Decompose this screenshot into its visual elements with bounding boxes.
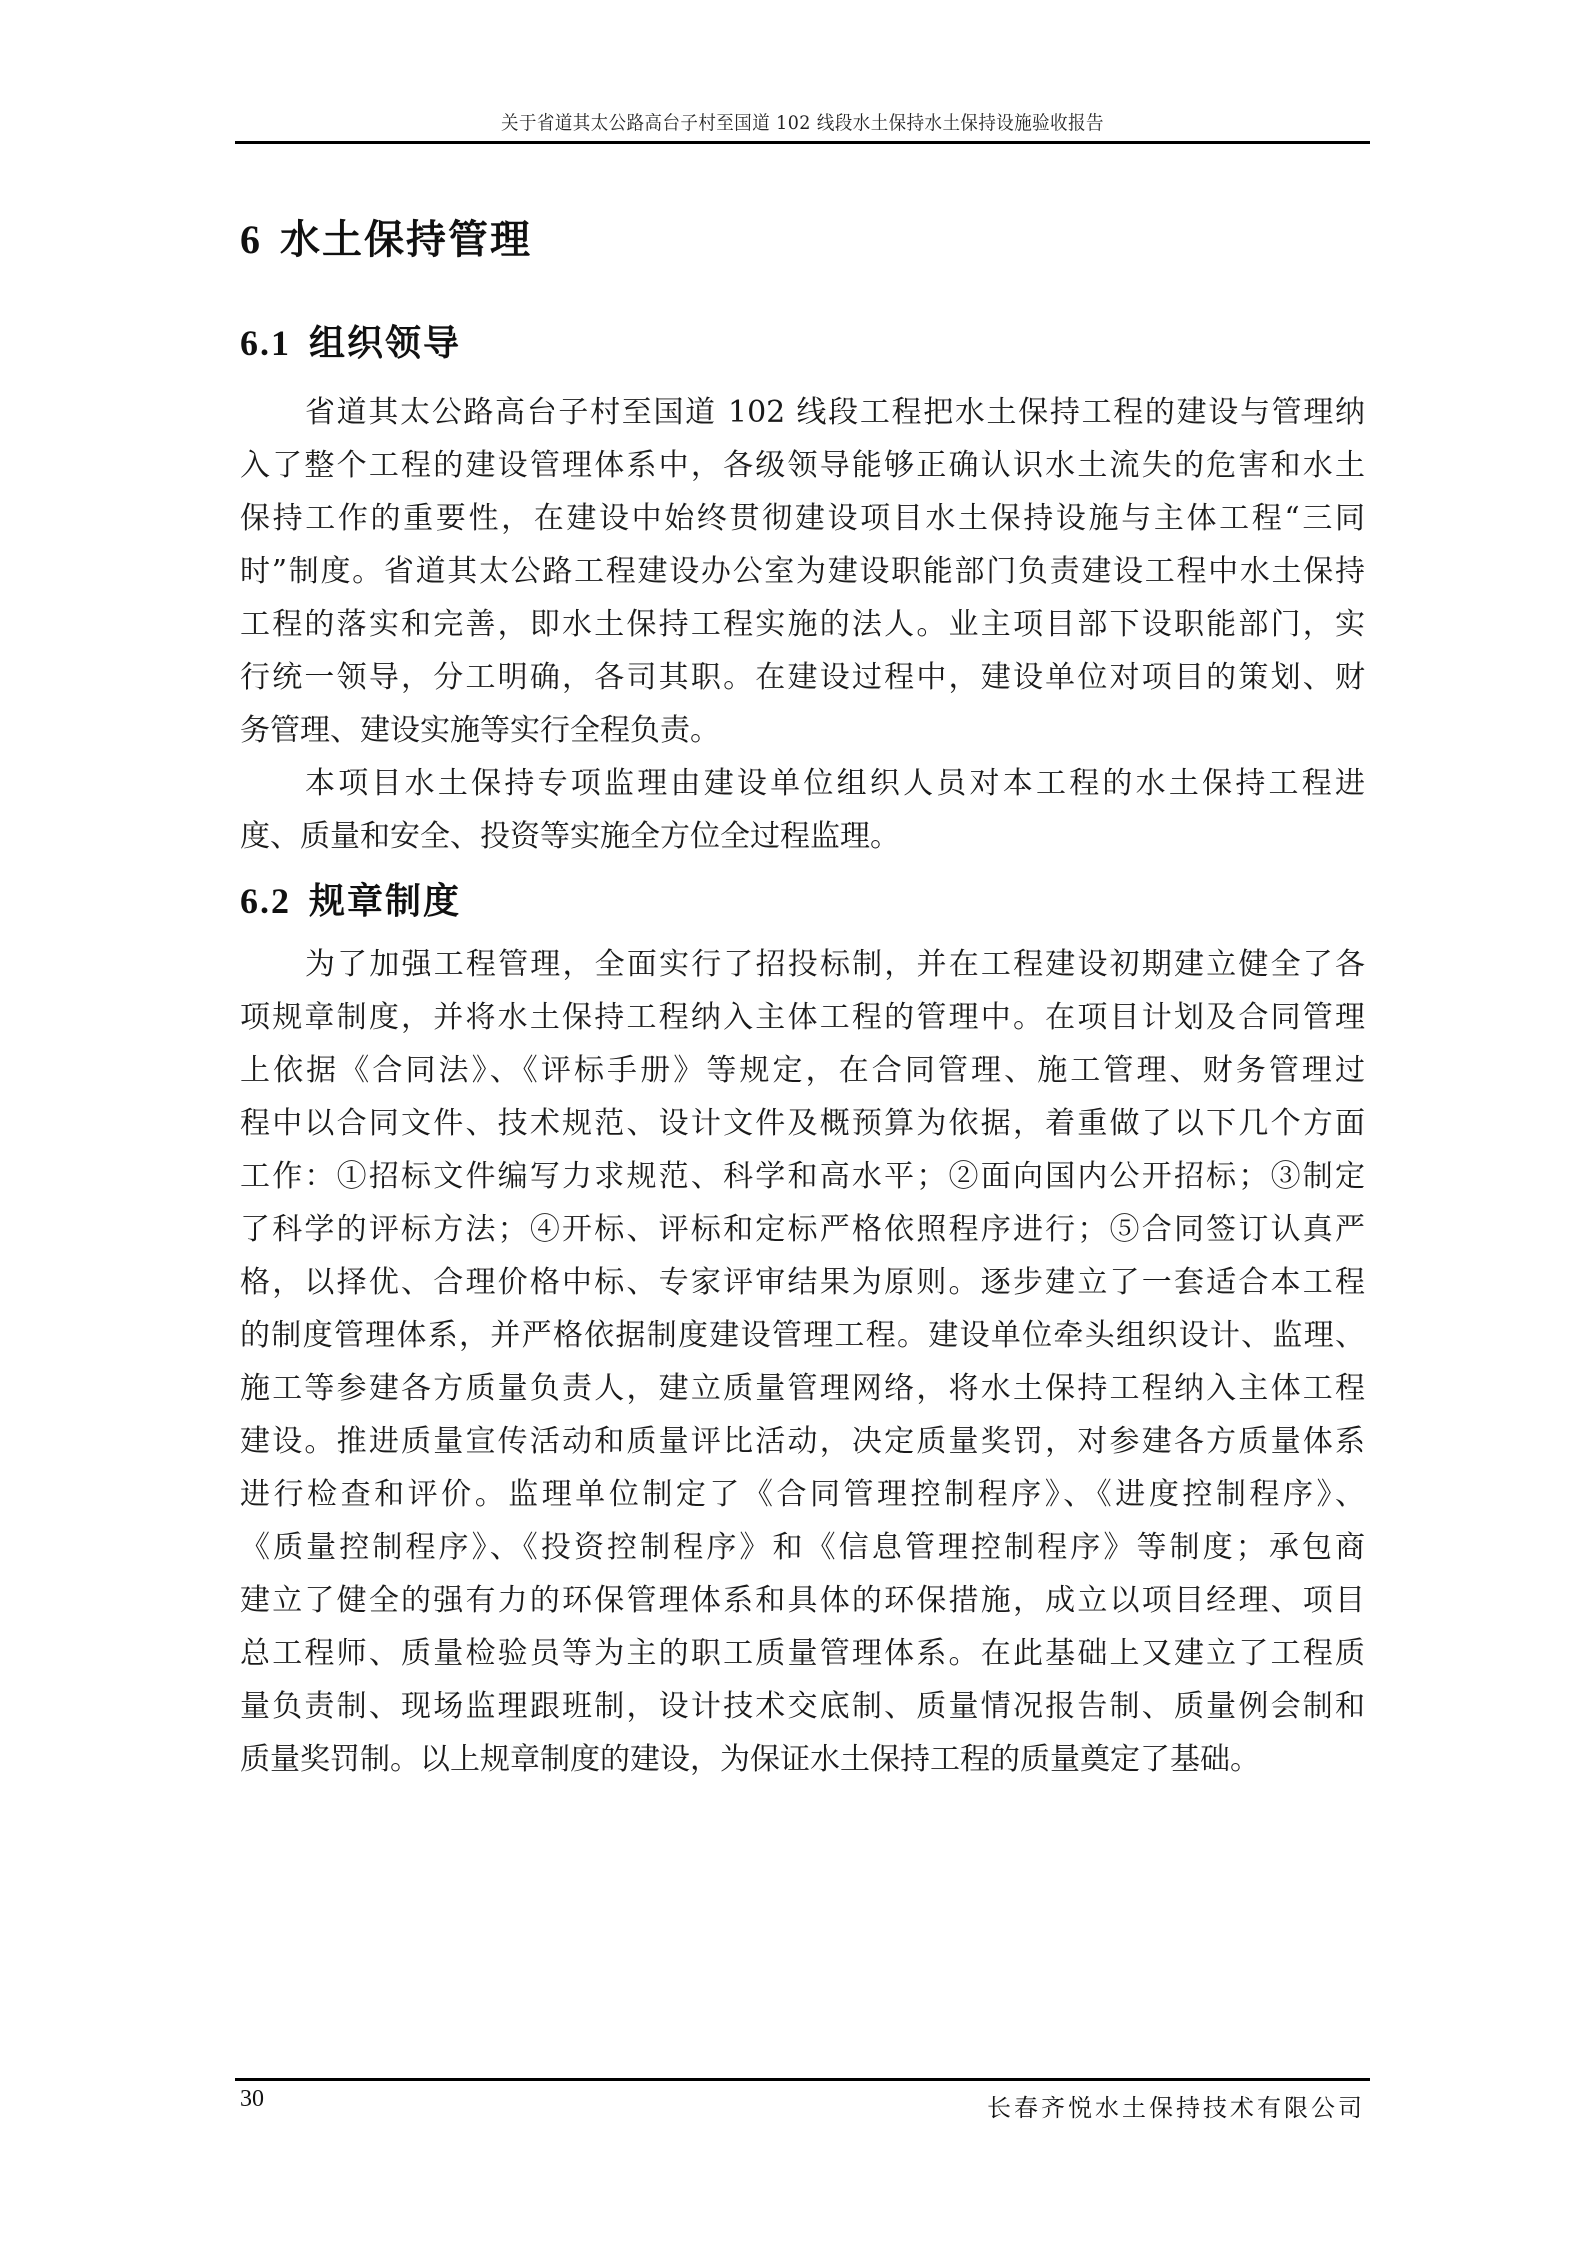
text-line: 总工程师、质量检验员等为主的职工质量管理体系。在此基础上又建立了工程质	[240, 1634, 1365, 1674]
text-line: 的制度管理体系，并严格依据制度建设管理工程。建设单位牵头组织设计、监理、	[240, 1316, 1365, 1356]
section-heading-6-2: 6.2规章制度	[240, 873, 461, 924]
chapter-title: 水土保持管理	[280, 216, 532, 263]
header-divider	[235, 141, 1370, 144]
text-line: 为了加强工程管理，全面实行了招投标制，并在工程建设初期建立健全了各	[305, 945, 1365, 985]
text-line: 格，以择优、合理价格中标、专家评审结果为原则。逐步建立了一套适合本工程	[240, 1263, 1365, 1303]
running-header: 关于省道其太公路高台子村至国道 102 线段水土保持水土保持设施验收报告	[280, 108, 1324, 135]
chapter-number: 6	[240, 217, 262, 262]
text-line: 了科学的评标方法；④开标、评标和定标严格依照程序进行；⑤合同签订认真严	[240, 1210, 1365, 1250]
section-heading-6-1: 6.1组织领导	[240, 315, 461, 366]
text-line: 建立了健全的强有力的环保管理体系和具体的环保措施，成立以项目经理、项目	[240, 1581, 1365, 1621]
company-name: 长春齐悦水土保持技术有限公司	[987, 2088, 1365, 2123]
text-line: 务管理、建设实施等实行全程负责。	[240, 711, 1365, 751]
text-line: 程中以合同文件、技术规范、设计文件及概预算为依据，着重做了以下几个方面	[240, 1104, 1365, 1144]
text-line: 保持工作的重要性，在建设中始终贯彻建设项目水土保持设施与主体工程“三同	[240, 499, 1365, 539]
text-line: 《质量控制程序》、《投资控制程序》和《信息管理控制程序》等制度；承包商	[240, 1528, 1365, 1568]
text-line: 量负责制、现场监理跟班制，设计技术交底制、质量情况报告制、质量例会制和	[240, 1687, 1365, 1727]
text-line: 行统一领导，分工明确，各司其职。在建设过程中，建设单位对项目的策划、财	[240, 658, 1365, 698]
text-line: 工程的落实和完善，即水土保持工程实施的法人。业主项目部下设职能部门，实	[240, 605, 1365, 645]
text-line: 项规章制度，并将水土保持工程纳入主体工程的管理中。在项目计划及合同管理	[240, 998, 1365, 1038]
text-line: 施工等参建各方质量负责人，建立质量管理网络，将水土保持工程纳入主体工程	[240, 1369, 1365, 1409]
section-title: 组织领导	[309, 322, 461, 364]
text-line: 本项目水土保持专项监理由建设单位组织人员对本工程的水土保持工程进	[305, 764, 1365, 804]
text-line: 工作：①招标文件编写力求规范、科学和高水平；②面向国内公开招标；③制定	[240, 1157, 1365, 1197]
text-line: 质量奖罚制。以上规章制度的建设，为保证水土保持工程的质量奠定了基础。	[240, 1740, 1365, 1780]
page-number: 30	[240, 2086, 264, 2113]
text-line: 省道其太公路高台子村至国道 102 线段工程把水土保持工程的建设与管理纳	[305, 393, 1365, 433]
section-title: 规章制度	[309, 880, 461, 922]
text-line: 度、质量和安全、投资等实施全方位全过程监理。	[240, 817, 1365, 857]
section-number: 6.1	[240, 323, 291, 363]
chapter-heading: 6水土保持管理	[240, 208, 532, 265]
text-line: 时”制度。省道其太公路工程建设办公室为建设职能部门负责建设工程中水土保持	[240, 552, 1365, 592]
section-number: 6.2	[240, 881, 291, 921]
text-line: 进行检查和评价。监理单位制定了《合同管理控制程序》、《进度控制程序》、	[240, 1475, 1365, 1515]
text-line: 上依据《合同法》、《评标手册》等规定，在合同管理、施工管理、财务管理过	[240, 1051, 1365, 1091]
footer-divider	[235, 2078, 1370, 2081]
text-line: 建设。推进质量宣传活动和质量评比活动，决定质量奖罚，对参建各方质量体系	[240, 1422, 1365, 1462]
text-line: 入了整个工程的建设管理体系中，各级领导能够正确认识水土流失的危害和水土	[240, 446, 1365, 486]
